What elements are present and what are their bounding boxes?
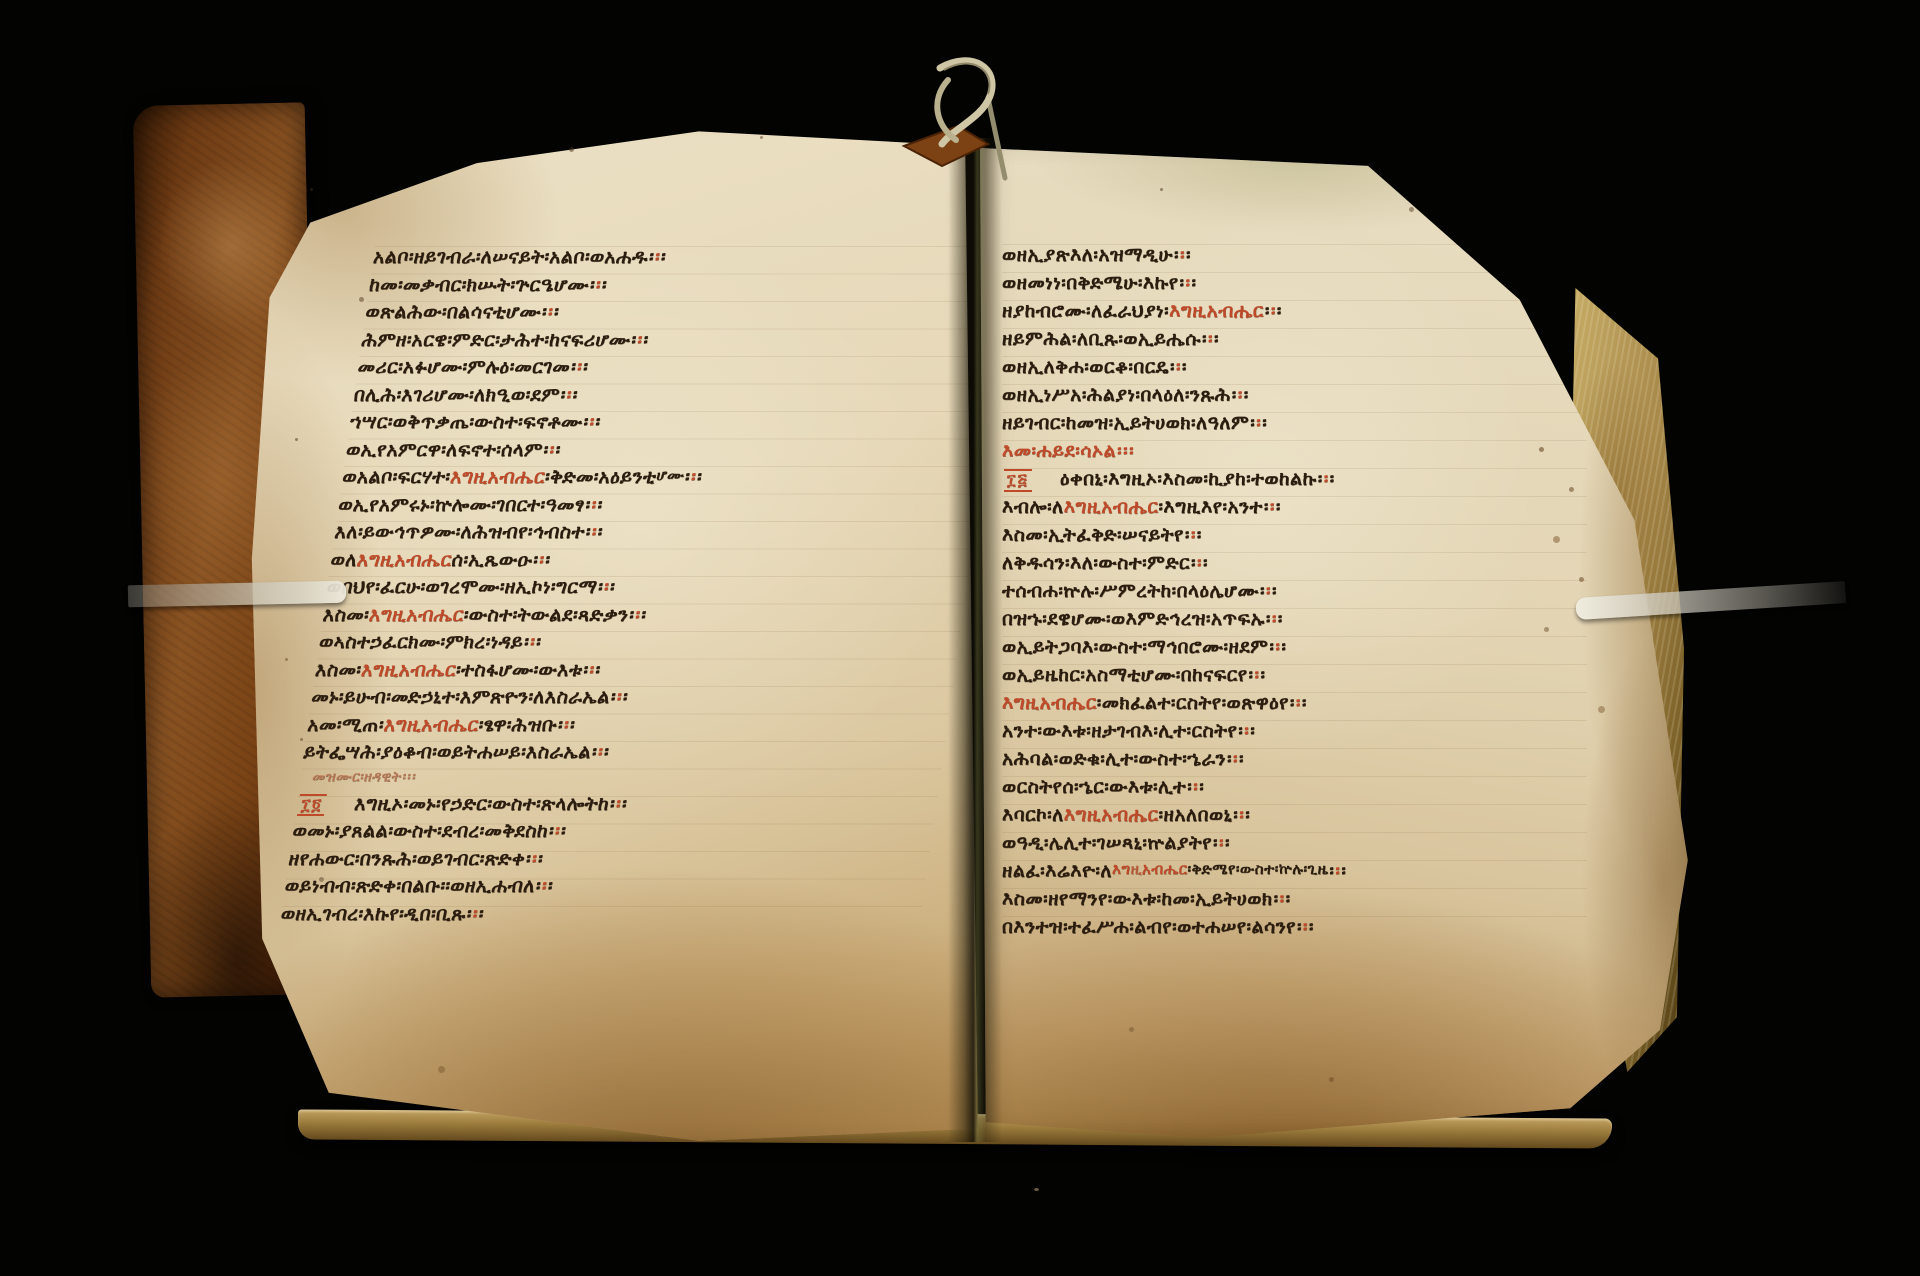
binding-cord	[888, 46, 1038, 196]
sentence-end-mark: ፡	[1191, 524, 1196, 546]
sentence-end-mark: ፡	[1260, 664, 1265, 686]
sentence-end-mark: ፡	[1260, 580, 1265, 602]
text-segment: በእንተዝ፡ተፈሥሐ፡ልብየ፡ወተሐሠየ፡ልሳንየ	[1002, 916, 1296, 938]
manuscript-text-line: ተሰብሐ፡ኵሉ፡ሥምረትከ፡በላዕሌሆሙ፡፡፡	[1002, 580, 1587, 608]
manuscript-text-line: ከመ፡መቃብር፡ክሡት፡ጕርዔሆሙ፡፡፡	[367, 274, 1011, 302]
text-segment: ሕምዘ፡አርዌ፡ምድር፡ታሕተ፡ከናፍሪሆሙ	[360, 329, 632, 351]
sentence-end-mark: ፡	[1193, 776, 1198, 798]
sentence-end-mark: ፡	[1186, 244, 1191, 266]
manuscript-text-line: መኑ፡ይሁብ፡መድኃኒተ፡እምጽዮን፡ለእስራኤል፡፡፡	[309, 686, 953, 714]
text-segment: ወኢየአምርዋ፡ለፍኖተ፡ሰላም	[345, 439, 545, 461]
sentence-end-mark: ፡	[1335, 860, 1340, 882]
sentence-end-mark: ፡	[1233, 748, 1238, 770]
psalm-number-marginal: ፲፬	[297, 794, 328, 817]
sentence-end-mark: ፡	[1341, 860, 1346, 882]
sentence-end-mark: ፡	[1318, 468, 1323, 490]
text-segment: ዘያከብሮሙ፡ለፈራህያነ፡	[1002, 300, 1169, 322]
manuscript-text-line: ወኣስተኃፈርክሙ፡ምክረ፡ነዳይ፡፡፡	[317, 631, 961, 659]
manuscript-text-line: ወአልቦ፡ፍርሃተ፡እግዚአብሔር፡ቅድመ፡አዕይንቲሆሙ፡፡፡	[340, 466, 984, 494]
left-page-text: አልቦ፡ዘይገብራ፡ለሠናይት፡አልቦ፡ወአሐዱ፡፡፡ከመ፡መቃብር፡ክሡት፡ጕ…	[279, 246, 1015, 930]
sentence-end-mark: ፡	[1277, 300, 1282, 322]
sentence-end-mark: ፡	[594, 411, 602, 433]
rubricated-word: እግዚአብሔር	[360, 659, 458, 681]
manuscript-text-line: ወይነብብ፡ጽድቀ፡በልቡ፡፡ወዘኢሐብለ፡፡፡	[283, 875, 927, 903]
dust-speck	[1034, 1188, 1039, 1191]
sentence-end-mark: ፡	[1266, 580, 1271, 602]
sentence-end-mark: ፡	[1302, 692, 1307, 714]
text-segment: ወዘመነነ፡በቅድሜሁ፡እኩየ	[1002, 272, 1179, 294]
cord-end	[988, 98, 1005, 178]
text-segment: ወኢይትጋባእ፡ውስተ፡ማኅበሮሙ፡ዘደም	[1002, 636, 1268, 658]
sentence-end-mark: ፡	[1219, 832, 1224, 854]
text-segment: ፡ዘአለበወኒ	[1159, 804, 1233, 826]
sentence-end-mark: ፡	[560, 820, 568, 842]
text-segment: አንተ፡ውእቱ፡ዘታገብእ፡ሊተ፡ርስትየ	[1002, 720, 1237, 742]
sentence-end-mark: ፡	[1265, 300, 1270, 322]
manuscript-text-line: በእንተዝ፡ተፈሥሐ፡ልብየ፡ወተሐሠየ፡ልሳንየ፡፡፡	[1002, 916, 1587, 944]
sentence-end-mark: ፡	[1281, 636, 1286, 658]
text-segment: እስመ፡ዘየማንየ፡ውእቱ፡ከመ፡ኢይትሀወክ	[1002, 888, 1273, 910]
rubricated-word: እግዚአብሔር	[1002, 692, 1097, 714]
sentence-end-mark: ፡	[1202, 328, 1207, 350]
manuscript-text-line: ዘያከብሮሙ፡ለፈራህያነ፡እግዚአብሔር፡፡፡	[1002, 300, 1587, 328]
text-segment: ፡መክፈልተ፡ርስትየ፡ወጽዋዕየ	[1097, 692, 1289, 714]
sentence-end-mark: ፡	[1180, 244, 1185, 266]
sentence-end-mark: ፡	[537, 848, 545, 870]
manuscript-text-line: ወኢይትጋባእ፡ውስተ፡ማኅበሮሙ፡ዘደም፡፡፡	[1002, 636, 1587, 664]
sentence-end-mark: ፡	[582, 356, 590, 378]
text-segment: ፡ውስተ፡ትውልደ፡ጻድቃን	[463, 604, 631, 626]
sentence-end-mark: ፡	[1197, 552, 1202, 574]
sentence-end-mark: ፡	[1244, 720, 1249, 742]
rubricated-word: እግዚአብሔር	[383, 714, 481, 736]
sentence-end-mark: ፡	[1330, 468, 1335, 490]
text-segment: ለቅዱሳን፡እለ፡ውስተ፡ምድር	[1002, 552, 1190, 574]
manuscript-text-line: ወዘኢለቅሐ፡ወርቆ፡በርዴ፡፡፡	[1002, 356, 1587, 384]
text-segment: ወለ	[329, 549, 358, 571]
text-segment: ዘይገብር፡ከመዝ፡ኢይትሀወክ፡ለዓለም	[1002, 412, 1249, 434]
text-segment: ዘልፈ፡እሬእዮ፡ለ	[1002, 860, 1112, 882]
sentence-end-mark: ፡	[1274, 888, 1279, 910]
rubricated-word: እግዚአብሔር	[1064, 804, 1159, 826]
rubricated-word: እግዚአብሔር	[1064, 496, 1159, 518]
sentence-end-mark: ፡	[1187, 776, 1192, 798]
text-segment: መሪር፡አፉሆሙ፡ምሉዕ፡መርገመ	[356, 356, 571, 378]
manuscript-text-line: አልቦ፡ዘይገብራ፡ለሠናይት፡አልቦ፡ወአሐዱ፡፡፡	[371, 246, 1015, 274]
sentence-end-mark: ፡	[1239, 748, 1244, 770]
manuscript-text-line: መሪር፡አፉሆሙ፡ምሉዕ፡መርገመ፡፡፡	[356, 356, 1000, 384]
sentence-end-mark: ፡	[1324, 468, 1329, 490]
text-segment: ዕቀበኒ፡እግዚኦ፡እስመ፡ኪያከ፡ተወከልኩ	[1060, 468, 1317, 490]
rubric-line: መዝሙር፡ዘዳዊት፡፡፡	[298, 769, 941, 793]
sentence-end-mark: ፡	[1244, 384, 1249, 406]
sentence-end-mark: ፡	[603, 741, 611, 763]
manuscript-text-line: ወለእግዚአብሔርሰ፡ኢጼውዑ፡፡፡	[329, 549, 973, 577]
manuscript-text-line: ሕምዘ፡አርዌ፡ምድር፡ታሕተ፡ከናፍሪሆሙ፡፡፡	[360, 329, 1004, 357]
manuscript-text-line: ወኢይዜከር፡አስማቲሆሙ፡በከናፍርየ፡፡፡	[1002, 664, 1587, 692]
text-segment: ዘየሐውር፡በንጹሕ፡ወይገብር፡ጽድቀ	[287, 848, 526, 870]
sentence-end-mark: ፡	[1227, 748, 1232, 770]
sentence-end-mark: ፡	[1290, 692, 1295, 714]
photograph-black-backdrop: { "colors": { "background": "#030302", "…	[0, 0, 1920, 1276]
sentence-end-mark: ፡	[553, 301, 561, 323]
sentence-end-mark: ፡	[1266, 608, 1271, 630]
manuscript-text-line: ወዘኢገብረ፡እኩየ፡ዲበ፡ቢጹ፡፡፡	[279, 903, 923, 931]
manuscript-text-line: እለ፡ይውኅጥዎሙ፡ለሕዝብየ፡ኅብስተ፡፡፡	[332, 521, 976, 549]
text-segment: ወአልቦ፡ፍርሃተ፡	[341, 466, 452, 488]
text-segment: እለ፡ይውኅጥዎሙ፡ለሕዝብየ፡ኅብስተ	[333, 521, 586, 543]
sentence-end-mark: ፡	[1214, 328, 1219, 350]
text-segment: እግዚኦ፡መኑ፡የኃድር፡ውስተ፡ጽላሎትከ	[353, 793, 611, 815]
text-segment: ፡እግዚእየ፡አንተ	[1158, 496, 1262, 518]
sentence-end-mark: ፡	[1275, 636, 1280, 658]
manuscript-text-line: ፲፬እግዚኦ፡መኑ፡የኃድር፡ውስተ፡ጽላሎትከ፡፡፡	[294, 793, 938, 821]
sentence-end-mark: ፡	[1296, 692, 1301, 714]
sentence-end-mark: ፡	[1232, 384, 1237, 406]
sentence-end-mark: ፡	[1170, 356, 1175, 378]
manuscript-text-line: ወዘመነነ፡በቅድሜሁ፡እኩየ፡፡፡	[1002, 272, 1587, 300]
rubricated-word: እግዚአብሔር	[356, 549, 454, 571]
manuscript-text-line: እብሎ፡ለእግዚአብሔር፡እግዚእየ፡አንተ፡፡፡	[1002, 496, 1587, 524]
sentence-end-mark: ፡	[1278, 608, 1283, 630]
left-page: አልቦ፡ዘይገብራ፡ለሠናይት፡አልቦ፡ወአሐዱ፡፡፡ከመ፡መቃብር፡ክሡት፡ጕ…	[240, 118, 980, 1144]
sentence-end-mark: ፡	[554, 439, 562, 461]
sentence-end-mark: ፡	[1199, 776, 1204, 798]
manuscript-text-line: በሊሕ፡እገሪሆሙ፡ለክዒወ፡ደም፡፡፡	[352, 384, 996, 412]
sentence-end-mark: ፡	[1270, 496, 1275, 518]
rubric-line: እመ፡ሐይደ፡ሳኦል፡፡፡	[1002, 440, 1587, 468]
sentence-end-mark: ፡	[1174, 244, 1179, 266]
text-segment: በዝኁ፡ደዌሆሙ፡ወእምድኅረዝ፡አጥፍኡ	[1002, 608, 1265, 630]
sentence-end-mark: ፡	[1239, 804, 1244, 826]
right-page-text: ወዘኢያጽእለ፡አዝማዲሁ፡፡፡ወዘመነነ፡በቅድሜሁ፡እኩየ፡፡፡ዘያከብሮሙ…	[1002, 244, 1587, 944]
sentence-end-mark: ፡	[1213, 832, 1218, 854]
sentence-end-mark: ፡	[1249, 664, 1254, 686]
manuscript-text-line: ዘየሐውር፡በንጹሕ፡ወይገብር፡ጽድቀ፡፡፡	[287, 848, 931, 876]
manuscript-text-line: ወዓዲ፡ሌሊተ፡ገሠጻኒ፡ኵልያትየ፡፡፡	[1002, 832, 1587, 860]
manuscript-text-line: እግዚአብሔር፡መክፈልተ፡ርስትየ፡ወጽዋዕየ፡፡፡	[1002, 692, 1587, 720]
cord-twist-detail	[944, 64, 990, 94]
text-segment: ወይነብብ፡ጽድቀ፡በልቡ፡፡ወዘኢሐብለ	[284, 875, 537, 897]
text-segment: ፡ቅድሜየ፡ውስተ፡ኵሉ፡ጊዜ	[1188, 860, 1329, 878]
sentence-end-mark: ፡	[640, 604, 648, 626]
manuscript-text-line: እስመ፡እግዚአብሔር፡ተስፋሆሙ፡ውእቱ፡፡፡	[313, 659, 957, 687]
text-segment: ፡ቅድመ፡አዕይንቲ	[544, 466, 658, 488]
manuscript-text-line: ለቅዱሳን፡እለ፡ውስተ፡ምድር፡፡፡	[1002, 552, 1587, 580]
text-segment: አመ፡ሚጠ፡	[306, 714, 385, 736]
text-segment: ፡ተስፋሆሙ፡ውእቱ	[455, 659, 584, 681]
glass-weight-strip-left	[128, 581, 346, 608]
text-segment: ይትፌሣሕ፡ያዕቆብ፡ወይትሐሠይ፡እስራኤል	[302, 741, 592, 763]
text-segment: መኑ፡ይሁብ፡መድኃኒተ፡እምጽዮን፡ለእስራኤል	[310, 686, 612, 708]
text-segment: እብሎ፡ለ	[1002, 496, 1064, 518]
sentence-end-mark: ፡	[1186, 272, 1191, 294]
sentence-end-mark: ፡	[1256, 412, 1261, 434]
sentence-end-mark: ፡	[1182, 356, 1187, 378]
manuscript-text-line: ወመኑ፡ያጸልል፡ውስተ፡ደብረ፡መቅደስከ፡፡፡	[290, 820, 934, 848]
sentence-end-mark: ፡	[1309, 916, 1314, 938]
manuscript-text-line: ዘይምሕል፡ለቢጹ፡ወኢይሔሱ፡፡፡	[1002, 328, 1587, 356]
manuscript-text-line: ፲፭ዕቀበኒ፡እግዚኦ፡እስመ፡ኪያከ፡ተወከልኩ፡፡፡	[1002, 468, 1587, 496]
sentence-end-mark: ፡	[622, 686, 630, 708]
manuscript-text-line: እስመ፡እግዚአብሔር፡ውስተ፡ትውልደ፡ጻድቃን፡፡፡	[321, 604, 965, 632]
sentence-end-mark: ፡	[1269, 636, 1274, 658]
text-segment: ፡ፄዋ፡ሕዝቡ	[477, 714, 559, 736]
sentence-end-mark: ፡	[1191, 552, 1196, 574]
text-segment: ወኢይዜከር፡አስማቲሆሙ፡በከናፍርየ	[1002, 664, 1248, 686]
sentence-end-mark: ፡	[1123, 440, 1128, 462]
manuscript-text-line: ኀሣር፡ወቅጥቃጤ፡ውስተ፡ፍኖቶሙ፡፡፡	[348, 411, 992, 439]
rubricated-word: እግዚአብሔር	[1112, 860, 1188, 878]
sentence-end-mark: ፡	[1286, 888, 1291, 910]
sentence-end-mark: ፡	[1297, 916, 1302, 938]
gutter-shadow	[948, 138, 1002, 1142]
text-segment: ወበህየ፡ፈርሁ፡ወገረሞሙ፡ዘኢኮነ፡ግርማ	[326, 576, 599, 598]
text-segment: ኀሣር፡ወቅጥቃጤ፡ውስተ፡ፍኖቶሙ	[349, 411, 585, 433]
manuscript-text-line: ዘይገብር፡ከመዝ፡ኢይትሀወክ፡ለዓለም፡፡፡	[1002, 412, 1587, 440]
sentence-end-mark: ፡	[1117, 440, 1122, 462]
text-segment: ወኢየአምሩኑ፡ኵሎሙ፡ገበርተ፡ዓመፃ	[337, 494, 586, 516]
sentence-end-mark: ፡	[1176, 356, 1181, 378]
manuscript-text-line: በዝኁ፡ደዌሆሙ፡ወእምድኅረዝ፡አጥፍኡ፡፡፡	[1002, 608, 1587, 636]
manuscript-text-line: ዘልፈ፡እሬእዮ፡ለእግዚአብሔር፡ቅድሜየ፡ውስተ፡ኵሉ፡ጊዜ፡፡፡	[1002, 860, 1587, 888]
sentence-end-mark: ፡	[1271, 300, 1276, 322]
sentence-end-mark: ፡	[1233, 804, 1238, 826]
manuscript-text-line: ወበህየ፡ፈርሁ፡ወገረሞሙ፡ዘኢኮነ፡ግርማ፡፡፡	[325, 576, 969, 604]
rubricated-word: እግዚአብሔር	[368, 604, 466, 626]
manuscript-text-line: ወዘኢያጽእለ፡አዝማዲሁ፡፡፡	[1002, 244, 1587, 272]
text-segment: ተሰብሐ፡ኵሉ፡ሥምረትከ፡በላዕሌሆሙ	[1002, 580, 1259, 602]
manuscript-text-line: ወርስትየሰ፡ኄር፡ውእቱ፡ሊተ፡፡፡	[1002, 776, 1587, 804]
text-segment: በሊሕ፡እገሪሆሙ፡ለክዒወ፡ደም	[353, 384, 562, 406]
sentence-end-mark: ፡	[1280, 888, 1285, 910]
manuscript-text-line: እስመ፡ዘየማንየ፡ውእቱ፡ከመ፡ኢይትሀወክ፡፡፡	[1002, 888, 1587, 916]
sentence-end-mark: ፡	[1185, 524, 1190, 546]
sentence-end-mark: ፡	[1250, 412, 1255, 434]
text-segment: ወርስትየሰ፡ኄር፡ውእቱ፡ሊተ	[1002, 776, 1186, 798]
text-segment: አሕባል፡ወድቁ፡ሊተ፡ውስተ፡ኄራን	[1002, 748, 1226, 770]
manuscript-text-line: እስመ፡ኢትፈቅድ፡ሠናይትየ፡፡፡	[1002, 524, 1587, 552]
sentence-end-mark: ፡	[1276, 496, 1281, 518]
manuscript-text-line: አንተ፡ውእቱ፡ዘታገብእ፡ሊተ፡ርስትየ፡፡፡	[1002, 720, 1587, 748]
sentence-end-mark: ፡	[1262, 412, 1267, 434]
manuscript-text-line: ወዘኢነሥአ፡ሕልያነ፡በላዕለ፡ንጹሕ፡፡፡	[1002, 384, 1587, 412]
text-segment: ወጽልሕው፡በልሳናቲሆሙ	[364, 301, 543, 323]
text-segment: ዘይምሕል፡ለቢጹ፡ወኢይሔሱ	[1002, 328, 1201, 350]
sentence-end-mark: ፡	[1238, 384, 1243, 406]
sentence-end-mark: ፡	[1329, 860, 1334, 882]
text-segment: ወዘኢነሥአ፡ሕልያነ፡በላዕለ፡ንጹሕ	[1002, 384, 1231, 406]
sentence-end-mark: ፡	[1272, 608, 1277, 630]
text-segment: እመ፡ሐይደ፡ሳኦል	[1002, 440, 1116, 462]
text-segment: ከመ፡መቃብር፡ክሡት፡ጕርዔሆሙ	[368, 274, 591, 296]
sentence-end-mark: ፡	[1197, 524, 1202, 546]
sentence-end-mark: ፡	[1245, 804, 1250, 826]
text-segment: እስመ፡	[314, 659, 363, 681]
rubricated-word: እግዚአብሔር	[449, 466, 547, 488]
text-segment: ወዘኢገብረ፡እኩየ፡ዲበ፡ቢጹ	[280, 903, 468, 925]
text-segment: እስመ፡	[322, 604, 371, 626]
manuscript-book: አልቦ፡ዘይገብራ፡ለሠናይት፡አልቦ፡ወአሐዱ፡፡፡ከመ፡መቃብር፡ክሡት፡ጕ…	[0, 0, 1920, 1276]
manuscript-text-line: እባርኮ፡ለእግዚአብሔር፡ዘአለበወኒ፡፡፡	[1002, 804, 1587, 832]
sentence-end-mark: ፡	[1191, 272, 1196, 294]
manuscript-text-line: አመ፡ሚጠ፡እግዚአብሔር፡ፄዋ፡ሕዝቡ፡፡፡	[305, 714, 949, 742]
sentence-end-mark: ፡	[1225, 832, 1230, 854]
sentence-end-mark: ፡	[1129, 440, 1134, 462]
text-segment: ወኣስተኃፈርክሙ፡ምክረ፡ነዳይ	[318, 631, 525, 653]
psalm-number-marginal: ፲፭	[1004, 469, 1032, 492]
sentence-end-mark: ፡	[1203, 552, 1208, 574]
sentence-end-mark: ፡	[1272, 580, 1277, 602]
manuscript-text-line: ይትፌሣሕ፡ያዕቆብ፡ወይትሐሠይ፡እስራኤል፡፡፡	[302, 741, 946, 769]
text-segment: መዝሙር፡ዘዳዊት	[311, 769, 402, 785]
rubricated-word: እግዚአብሔር	[1169, 300, 1264, 322]
sentence-end-mark: ፡	[1238, 720, 1243, 742]
text-segment: እስመ፡ኢትፈቅድ፡ሠናይትየ	[1002, 524, 1184, 546]
sentence-end-mark: ፡	[1303, 916, 1308, 938]
manuscript-text-line: ወጽልሕው፡በልሳናቲሆሙ፡፡፡	[363, 301, 1007, 329]
text-segment: አልቦ፡ዘይገብራ፡ለሠናይት፡አልቦ፡ወአሐዱ	[372, 246, 650, 268]
text-segment: ሆሙ	[655, 466, 685, 484]
manuscript-text-line: ወኢየአምሩኑ፡ኵሎሙ፡ገበርተ፡ዓመፃ፡፡፡	[336, 494, 980, 522]
sentence-end-mark: ፡	[1254, 664, 1259, 686]
manuscript-text-line: ወኢየአምርዋ፡ለፍኖተ፡ሰላም፡፡፡	[344, 439, 988, 467]
text-segment: እባርኮ፡ለ	[1002, 804, 1064, 826]
sentence-end-mark: ፡	[1180, 272, 1185, 294]
text-segment: ወዓዲ፡ሌሊተ፡ገሠጻኒ፡ኵልያትየ	[1002, 832, 1212, 854]
manuscript-text-line: አሕባል፡ወድቁ፡ሊተ፡ውስተ፡ኄራን፡፡፡	[1002, 748, 1587, 776]
sentence-end-mark: ፡	[1208, 328, 1213, 350]
text-segment: ወዘኢለቅሐ፡ወርቆ፡በርዴ	[1002, 356, 1169, 378]
sentence-end-mark: ፡	[1264, 496, 1269, 518]
text-segment: ሰ፡ኢጼውዑ	[450, 549, 534, 571]
sentence-end-mark: ፡	[1250, 720, 1255, 742]
text-segment: ወመኑ፡ያጸልል፡ውስተ፡ደብረ፡መቅደስከ	[291, 820, 550, 842]
text-segment: ወዘኢያጽእለ፡አዝማዲሁ	[1002, 244, 1173, 266]
